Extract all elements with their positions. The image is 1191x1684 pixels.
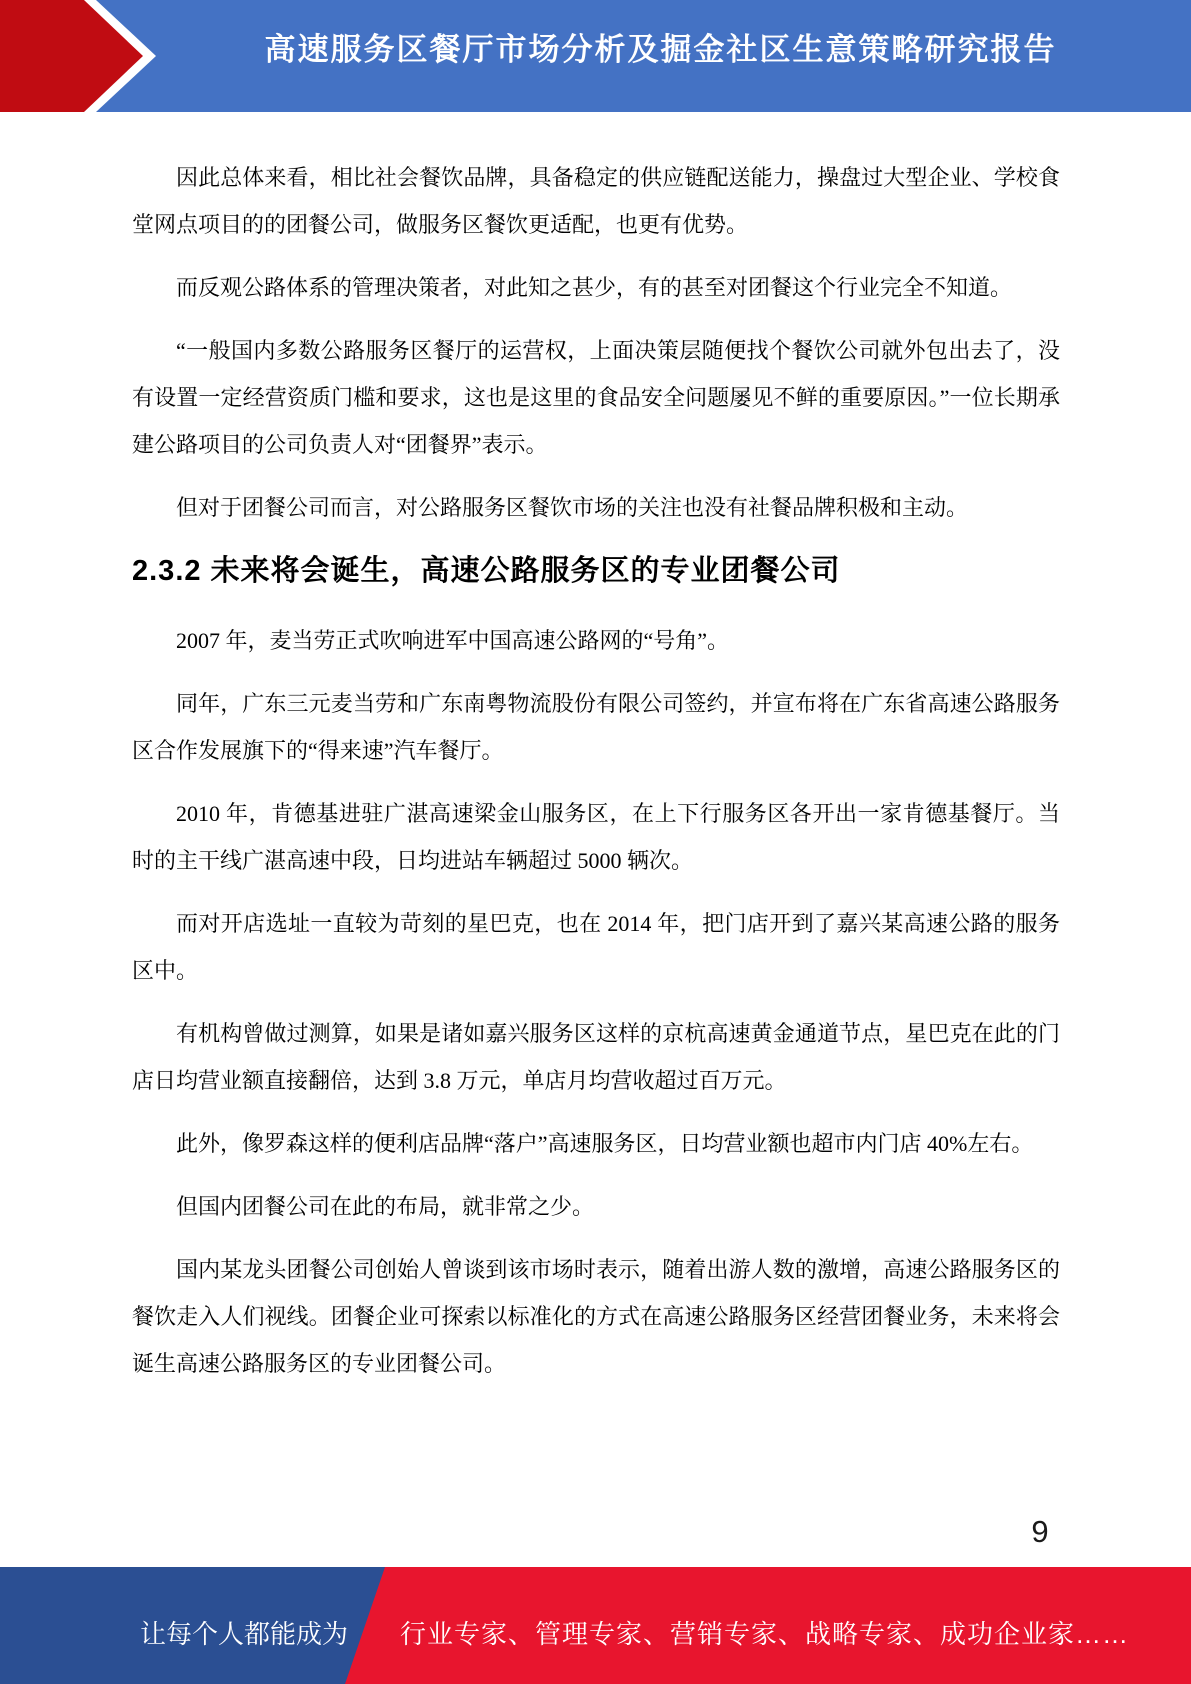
report-title: 高速服务区餐厅市场分析及掘金社区生意策略研究报告: [170, 0, 1151, 92]
page-header-banner: 高速服务区餐厅市场分析及掘金社区生意策略研究报告: [0, 0, 1191, 112]
paragraph: “一般国内多数公路服务区餐厅的运营权，上面决策层随便找个餐饮公司就外包出去了，没…: [132, 327, 1060, 468]
document-body: 因此总体来看，相比社会餐饮品牌，具备稳定的供应链配送能力，操盘过大型企业、学校食…: [132, 112, 1060, 1403]
paragraph: 而反观公路体系的管理决策者，对此知之甚少，有的甚至对团餐这个行业完全不知道。: [132, 264, 1060, 311]
paragraph: 因此总体来看，相比社会餐饮品牌，具备稳定的供应链配送能力，操盘过大型企业、学校食…: [132, 154, 1060, 248]
paragraph: 2007 年，麦当劳正式吹响进军中国高速公路网的“号角”。: [132, 617, 1060, 664]
paragraph: 但对于团餐公司而言，对公路服务区餐饮市场的关注也没有社餐品牌积极和主动。: [132, 484, 1060, 531]
paragraph: 有机构曾做过测算，如果是诸如嘉兴服务区这样的京杭高速黄金通道节点，星巴克在此的门…: [132, 1010, 1060, 1104]
paragraphs-after-heading: 2007 年，麦当劳正式吹响进军中国高速公路网的“号角”。同年，广东三元麦当劳和…: [132, 617, 1060, 1387]
page-footer: 让每个人都能成为 行业专家、管理专家、营销专家、战略专家、成功企业家……: [0, 1567, 1191, 1684]
report-page: 高速服务区餐厅市场分析及掘金社区生意策略研究报告 因此总体来看，相比社会餐饮品牌…: [0, 0, 1191, 1684]
paragraph: 国内某龙头团餐公司创始人曾谈到该市场时表示，随着出游人数的激增，高速公路服务区的…: [132, 1246, 1060, 1387]
footer-slogan-left: 让每个人都能成为: [0, 1619, 348, 1649]
red-arrow-icon: [0, 0, 170, 112]
paragraph: 同年，广东三元麦当劳和广东南粤物流股份有限公司签约，并宣布将在广东省高速公路服务…: [132, 680, 1060, 774]
paragraphs-before-heading: 因此总体来看，相比社会餐饮品牌，具备稳定的供应链配送能力，操盘过大型企业、学校食…: [132, 154, 1060, 531]
page-number: 9: [1014, 1514, 1066, 1550]
paragraph: 此外，像罗森这样的便利店品牌“落户”高速服务区，日均营业额也超市内门店 40%左…: [132, 1120, 1060, 1167]
paragraph: 而对开店选址一直较为苛刻的星巴克，也在 2014 年，把门店开到了嘉兴某高速公路…: [132, 900, 1060, 994]
footer-slogan-right: 行业专家、管理专家、营销专家、战略专家、成功企业家……: [400, 1619, 1129, 1649]
paragraph: 但国内团餐公司在此的布局，就非常之少。: [132, 1183, 1060, 1230]
section-heading: 2.3.2 未来将会诞生，高速公路服务区的专业团餐公司: [132, 553, 1060, 589]
paragraph: 2010 年，肯德基进驻广湛高速梁金山服务区，在上下行服务区各开出一家肯德基餐厅…: [132, 790, 1060, 884]
